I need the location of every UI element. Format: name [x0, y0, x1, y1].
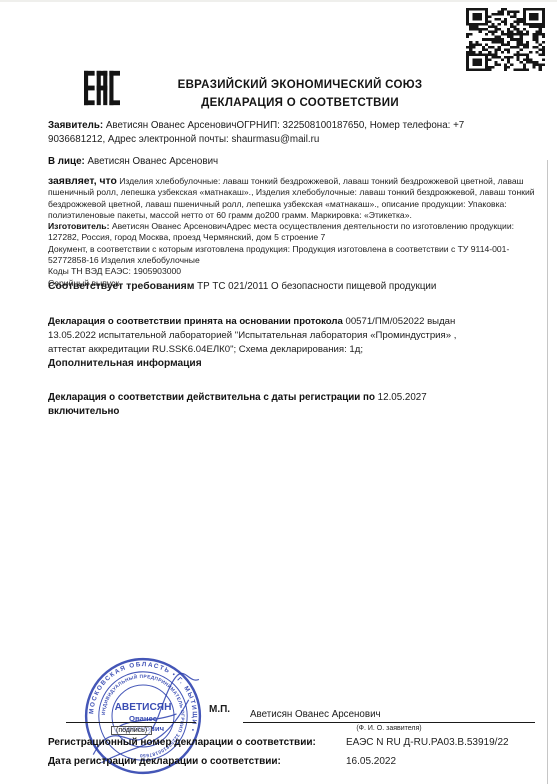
registration-date-value: 16.05.2022 — [346, 756, 396, 767]
conformity-text: ТР ТС 021/2011 О безопасности пищевой пр… — [194, 281, 436, 292]
registration-number-label: Регистрационный номер декларации о соотв… — [48, 737, 346, 748]
product-document-line: Документ, в соответствии с которым изгот… — [48, 244, 544, 267]
in-person-text: Аветисян Ованес Арсенович — [85, 156, 218, 167]
registration-number-value: ЕАЭС N RU Д-RU.РА03.В.53919/22 — [346, 737, 509, 748]
applicant-block: Заявитель: Аветисян Ованес АрсеновичОГРН… — [48, 119, 506, 146]
applicant-text: Аветисян Ованес АрсеновичОГРНИП: 3225081… — [48, 120, 464, 145]
tnved-code-line: Коды ТН ВЭД ЕАЭС: 1905903000 — [48, 266, 544, 277]
conformity-label: Соответствует требованиям — [48, 281, 194, 292]
declares-label: заявляет, что — [48, 176, 117, 187]
signer-name-line — [243, 722, 535, 723]
signer-name: Аветисян Ованес Арсенович — [250, 709, 381, 720]
registration-date-row: Дата регистрации декларации о соответств… — [48, 756, 548, 767]
document-title: ДЕКЛАРАЦИЯ О СООТВЕТСТВИИ — [115, 97, 485, 109]
declares-products-text: Изделия хлебобулочные: лаваш тонкий безд… — [48, 176, 535, 220]
in-person-label: В лице: — [48, 156, 85, 167]
additional-info-label: Дополнительная информация — [48, 358, 202, 369]
scan-artifact-right — [547, 160, 548, 784]
conformity-block: Соответствует требованиям ТР ТС 021/2011… — [48, 281, 548, 292]
signer-name-caption: (Ф. И. О. заявителя) — [243, 725, 535, 732]
validity-block: Декларация о соответствии действительна … — [48, 391, 518, 419]
stamp-place-label: М.П. — [209, 704, 230, 715]
in-person-block: В лице: Аветисян Ованес Арсенович — [48, 156, 506, 167]
registration-number-row: Регистрационный номер декларации о соотв… — [48, 737, 548, 748]
registration-date-label: Дата регистрации декларации о соответств… — [48, 756, 346, 767]
manufacturer-line: Изготовитель: Аветисян Ованес АрсеновичА… — [48, 221, 544, 244]
validity-date: 12.05.2027 — [375, 392, 427, 403]
signature-line — [66, 722, 196, 723]
basis-block: Декларация о соответствии принята на осн… — [48, 315, 490, 356]
validity-suffix: включительно — [48, 405, 518, 419]
manufacturer-label: Изготовитель: — [48, 221, 109, 231]
basis-label: Декларация о соответствии принята на осн… — [48, 316, 343, 327]
scan-artifact-top — [0, 0, 557, 2]
validity-label: Декларация о соответствии действительна … — [48, 392, 375, 403]
signature-caption: (подпись) — [111, 726, 152, 735]
applicant-label: Заявитель: — [48, 120, 103, 131]
manufacturer-text: Аветисян Ованес АрсеновичАдрес места осу… — [48, 221, 514, 242]
declaration-document: ЕВРАЗИЙСКИЙ ЭКОНОМИЧЕСКИЙ СОЮЗ ДЕКЛАРАЦИ… — [0, 0, 557, 784]
declares-block: заявляет, что Изделия хлебобулочные: лав… — [48, 176, 544, 289]
declares-products: заявляет, что Изделия хлебобулочные: лав… — [48, 176, 544, 221]
qr-code-icon — [466, 8, 545, 71]
union-title: ЕВРАЗИЙСКИЙ ЭКОНОМИЧЕСКИЙ СОЮЗ — [115, 79, 485, 91]
